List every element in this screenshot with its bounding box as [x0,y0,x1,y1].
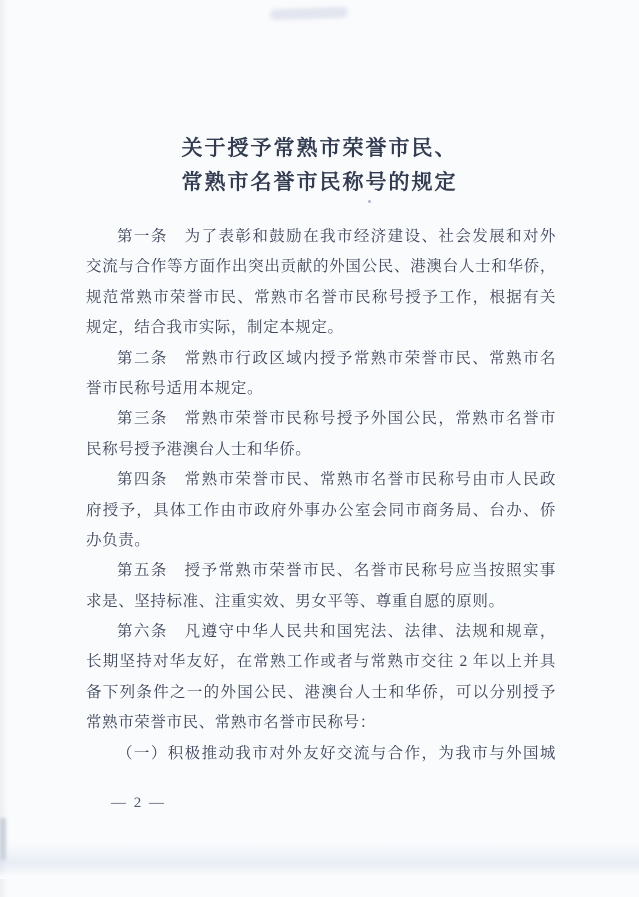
document-line: 求是、坚持标准、注重实效、男女平等、尊重自愿的原则。 [86,587,556,617]
document-line: 第五条 授予常熟市荣誉市民、名誉市民称号应当按照实事 [86,556,556,586]
paragraph: 第六条 凡遵守中华人民共和国宪法、法律、法规和规章，长期坚持对华友好，在常熟工作… [86,617,556,739]
scan-speck [368,200,371,203]
document-line: 誉市民称号适用本规定。 [86,374,556,404]
document-line: 第二条 常熟市行政区域内授予常熟市荣誉市民、常熟市名 [86,344,556,374]
document-title: 关于授予常熟市荣誉市民、 常熟市名誉市民称号的规定 [0,131,639,199]
paragraph: 第三条 常熟市荣誉市民称号授予外国公民，常熟市名誉市民称号授予港澳台人士和华侨。 [86,404,556,465]
document-line: 第四条 常熟市荣誉市民、常熟市名誉市民称号由市人民政 [86,465,556,495]
document-line: 第三条 常熟市荣誉市民称号授予外国公民，常熟市名誉市 [86,404,556,434]
paragraph: （一）积极推动我市对外友好交流与合作，为我市与外国城 [86,739,556,769]
document-line: 第六条 凡遵守中华人民共和国宪法、法律、法规和规章， [86,617,556,647]
scan-smudge-mark [270,7,348,21]
paragraph: 第四条 常熟市荣誉市民、常熟市名誉市民称号由市人民政府授予，具体工作由市政府外事… [86,465,556,556]
document-line: 规定，结合我市实际，制定本规定。 [86,313,556,343]
document-line: 办负责。 [86,526,556,556]
page-number: — 2 — [111,795,166,812]
document-line: 交流与合作等方面作出突出贡献的外国公民、港澳台人士和华侨， [86,252,556,282]
document-title-line-1: 关于授予常熟市荣誉市民、 [0,131,639,165]
document-line: 第一条 为了表彰和鼓励在我市经济建设、社会发展和对外 [86,222,556,252]
document-title-line-2: 常熟市名誉市民称号的规定 [0,165,639,199]
paragraph: 第一条 为了表彰和鼓励在我市经济建设、社会发展和对外交流与合作等方面作出突出贡献… [86,222,556,344]
document-line: 府授予，具体工作由市政府外事办公室会同市商务局、台办、侨 [86,496,556,526]
paragraph: 第五条 授予常熟市荣誉市民、名誉市民称号应当按照实事求是、坚持标准、注重实效、男… [86,556,556,617]
document-line: 民称号授予港澳台人士和华侨。 [86,435,556,465]
document-line: 常熟市荣誉市民、常熟市名誉市民称号： [86,708,556,738]
document-body: 第一条 为了表彰和鼓励在我市经济建设、社会发展和对外交流与合作等方面作出突出贡献… [86,222,556,769]
document-line: 长期坚持对华友好，在常熟工作或者与常熟市交往 2 年以上并具 [86,647,556,677]
paragraph: 第二条 常熟市行政区域内授予常熟市荣誉市民、常熟市名誉市民称号适用本规定。 [86,344,556,405]
document-line: （一）积极推动我市对外友好交流与合作，为我市与外国城 [86,739,556,769]
page-bottom-edge [0,843,639,879]
document-line: 备下列条件之一的外国公民、港澳台人士和华侨，可以分别授予 [86,678,556,708]
document-line: 规范常熟市荣誉市民、常熟市名誉市民称号授予工作，根据有关 [86,283,556,313]
scanned-document-page: 关于授予常熟市荣誉市民、 常熟市名誉市民称号的规定 第一条 为了表彰和鼓励在我市… [0,0,639,897]
